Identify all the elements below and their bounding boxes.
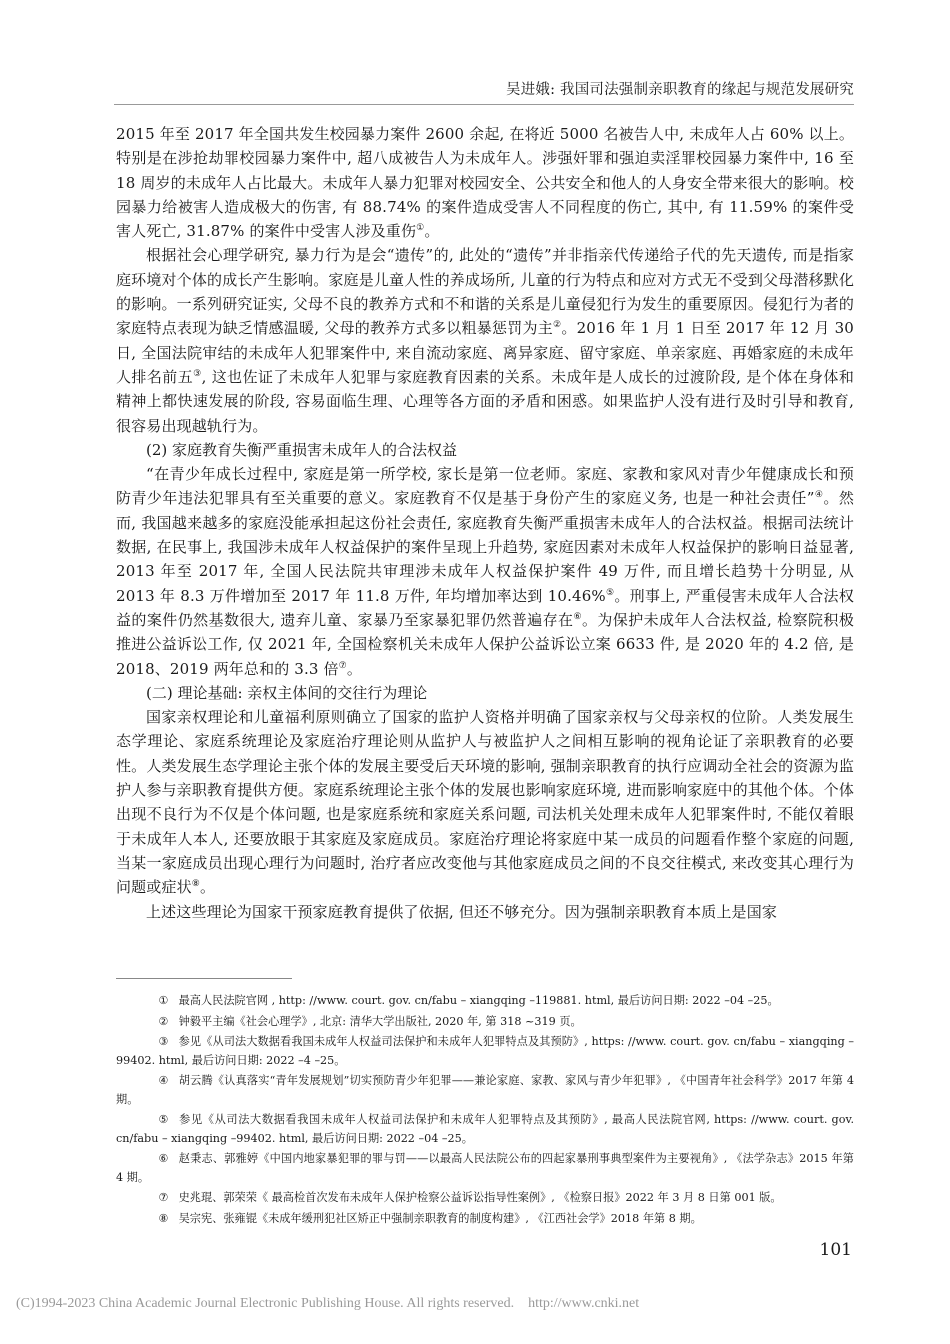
footnote-ref-3[interactable]: ③ bbox=[193, 369, 202, 379]
section-heading-er: (二) 理论基础: 亲权主体间的交往行为理论 bbox=[116, 681, 854, 705]
running-title: 吴进娥: 我国司法强制亲职教育的缘起与规范发展研究 bbox=[506, 78, 854, 99]
footnotes: ①最高人民法院官网 , http: //www. court. gov. cn/… bbox=[116, 992, 854, 1230]
footnote-divider bbox=[116, 978, 292, 979]
paragraph-4: 国家亲权理论和儿童福利原则确立了国家的监护人资格并明确了国家亲权与父母亲权的位阶… bbox=[116, 705, 854, 899]
footnote-ref-7[interactable]: ⑦ bbox=[339, 661, 347, 671]
page-number: 101 bbox=[820, 1240, 852, 1260]
footnote-4: ④胡云腾《认真落实“青年发展规划”切实预防青少年犯罪——兼论家庭、家教、家风与青… bbox=[116, 1072, 854, 1109]
footnote-2: ②钟毅平主编《社会心理学》, 北京: 清华大学出版社, 2020 年, 第 31… bbox=[116, 1013, 854, 1032]
paragraph-3: “在青少年成长过程中, 家庭是第一所学校, 家长是第一位老师。家庭、家教和家风对… bbox=[116, 462, 854, 681]
paragraph-1: 2015 年至 2017 年全国共发生校园暴力案件 2600 余起, 在将近 5… bbox=[116, 122, 854, 243]
paragraph-2: 根据社会心理学研究, 暴力行为是会“遗传”的, 此处的“遗传”并非指亲代传递给子… bbox=[116, 243, 854, 437]
footnote-5: ⑤参见《从司法大数据看我国未成年人权益司法保护和未成年人犯罪特点及其预防》, 最… bbox=[116, 1111, 854, 1148]
footnote-8: ⑧吴宗宪、张雍锟《未成年缓刑犯社区矫正中强制亲职教育的制度构建》, 《江西社会学… bbox=[116, 1210, 854, 1229]
footnote-7: ⑦史兆琨、郭荣荣《 最高检首次发布未成年人保护检察公益诉讼指导性案例》, 《检察… bbox=[116, 1189, 854, 1208]
footnote-1: ①最高人民法院官网 , http: //www. court. gov. cn/… bbox=[116, 992, 854, 1011]
running-header: 吴进娥: 我国司法强制亲职教育的缘起与规范发展研究 bbox=[114, 76, 854, 105]
footnote-ref-8[interactable]: ⑧ bbox=[192, 879, 200, 889]
section-heading-2: (2) 家庭教育失衡严重损害未成年人的合法权益 bbox=[116, 438, 854, 462]
footnote-3: ③参见《从司法大数据看我国未成年人权益司法保护和未成年人犯罪特点及其预防》, h… bbox=[116, 1033, 854, 1070]
paragraph-5: 上述这些理论为国家干预家庭教育提供了依据, 但还不够充分。因为强制亲职教育本质上… bbox=[116, 900, 854, 924]
copyright-notice: (C)1994-2023 China Academic Journal Elec… bbox=[16, 1296, 639, 1312]
footnote-6: ⑥赵秉志、郭雅婷《中国内地家暴犯罪的罪与罚——以最高人民法院公布的四起家暴刑事典… bbox=[116, 1150, 854, 1187]
footnote-ref-6[interactable]: ⑥ bbox=[573, 612, 582, 622]
article-body: 2015 年至 2017 年全国共发生校园暴力案件 2600 余起, 在将近 5… bbox=[116, 122, 854, 924]
